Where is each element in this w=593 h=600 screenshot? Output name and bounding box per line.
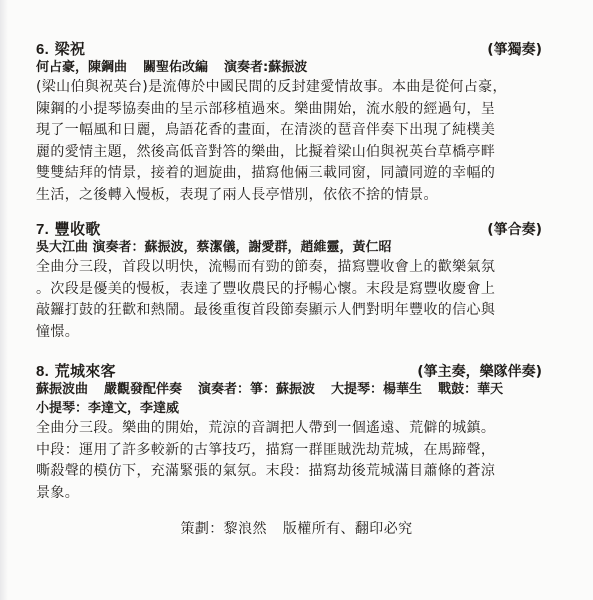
piece-7-section: 7. 豐收歌 (箏合奏) 吳大江曲 演奏者：蘇振波，蔡潔儀，謝愛群，趙維靈，黃仁… (36, 218, 546, 343)
piece-8-name: 荒城來客 (55, 362, 116, 380)
description-line: 雙雙結拜的情景，接着的迴旋曲，描寫他倆三載同窗，同讀同遊的幸幅的 (36, 163, 546, 185)
description-line: 嘶殺聲的模仿下，充滿緊張的氣氛。末段：描寫劫後荒城滿目蕭條的蒼涼 (36, 461, 546, 483)
piece-6-description: (梁山伯與祝英台)是流傳於中國民間的反封建愛情故事。本曲是從何占豪， 陳鋼的小提… (36, 77, 546, 206)
piece-6-number: 6. (36, 41, 49, 58)
piece-8-bass: 大提琴：楊華生 (331, 382, 422, 397)
piece-8-header: 8. 荒城來客 (箏主奏，樂隊伴奏) (36, 360, 546, 380)
description-line: 憧憬。 (36, 322, 546, 344)
description-line: (梁山伯與祝英台)是流傳於中國民間的反封建愛情故事。本曲是從何占豪， (36, 77, 546, 99)
piece-6-credits: 何占豪，陳鋼曲關聖佑改編演奏者:蘇振波 (36, 58, 546, 77)
piece-7-credits: 吳大江曲 演奏者：蘇振波，蔡潔儀，謝愛群，趙維靈，黃仁昭 (36, 238, 546, 257)
piece-8-credits: 蘇振波曲嚴觀發配伴奏演奏者：箏：蘇振波大提琴：楊華生戰鼓：華天 (36, 380, 546, 399)
page-edge-shadow (0, 0, 8, 600)
description-line: 景象。 (36, 483, 546, 505)
description-line: 麗的愛情主題，然後高低音對答的樂曲，比擬着梁山伯與祝英台草橋亭畔 (36, 142, 546, 164)
piece-6-performer: 演奏者:蘇振波 (224, 60, 307, 75)
piece-8-credits-line-2: 小提琴：李達文，李達威 (36, 399, 546, 418)
piece-7-description: 全曲分三段，首段以明快，流暢而有勁的節奏，描寫豐收會上的歡樂氣氛 。次段是優美的… (36, 257, 546, 343)
piece-8-number: 8. (36, 363, 49, 380)
piece-7-number: 7. (36, 221, 49, 238)
piece-6-arranger: 關聖佑改編 (143, 60, 208, 75)
piece-6-header: 6. 梁祝 (箏獨奏) (36, 38, 546, 58)
piece-7-composer: 吳大江曲 (36, 240, 88, 255)
description-line: 全曲分三段。樂曲的開始，荒涼的音調把人帶到一個遙遠、荒僻的城鎮。 (36, 418, 546, 440)
piece-7-performer: 演奏者：蘇振波，蔡潔儀，謝愛群，趙維靈，黃仁昭 (93, 240, 392, 255)
description-line: 現了一幅風和日麗，鳥語花香的畫面，在清淡的琶音伴奏下出現了純樸美 (36, 120, 546, 142)
planner-credit: 策劃：黎浪然 (180, 521, 266, 537)
piece-8-drum: 戰鼓：華天 (438, 382, 503, 397)
piece-7-name: 豐收歌 (55, 220, 101, 238)
piece-8-composer: 蘇振波曲 (36, 382, 88, 397)
description-line: 。次段是優美的慢板，表達了豐收農民的抒暢心懷。末段是寫豐收慶會上 (36, 279, 546, 301)
piece-8-performer: 演奏者：箏：蘇振波 (198, 382, 315, 397)
piece-6-name: 梁祝 (55, 40, 86, 58)
piece-6-title: 6. 梁祝 (36, 38, 85, 59)
piece-6-form: (箏獨奏) (487, 39, 542, 59)
piece-8-form: (箏主奏，樂隊伴奏) (417, 361, 542, 381)
piece-6-section: 6. 梁祝 (箏獨奏) 何占豪，陳鋼曲關聖佑改編演奏者:蘇振波 (梁山伯與祝英台… (36, 38, 546, 206)
description-line: 陳鋼的小提琴協奏曲的呈示部移植過來。樂曲開始，流水般的經過句，呈 (36, 99, 546, 121)
piece-7-header: 7. 豐收歌 (箏合奏) (36, 218, 546, 238)
piece-8-title: 8. 荒城來客 (36, 360, 116, 381)
piece-6-composer: 何占豪，陳鋼曲 (36, 60, 127, 75)
piece-8-description: 全曲分三段。樂曲的開始，荒涼的音調把人帶到一個遙遠、荒僻的城鎮。 中段：運用了許… (36, 418, 546, 504)
copyright-notice: 版權所有、翻印必究 (283, 521, 413, 537)
piece-8-section: 8. 荒城來客 (箏主奏，樂隊伴奏) 蘇振波曲嚴觀發配伴奏演奏者：箏：蘇振波大提… (36, 360, 546, 504)
description-line: 中段：運用了許多較新的古箏技巧，描寫一群匪賊洗劫荒城，在馬蹄聲， (36, 440, 546, 462)
piece-7-title: 7. 豐收歌 (36, 218, 101, 239)
description-line: 全曲分三段，首段以明快，流暢而有勁的節奏，描寫豐收會上的歡樂氣氛 (36, 257, 546, 279)
description-line: 生活，之後轉入慢板，表現了兩人長亭惜別，依依不捨的情景。 (36, 185, 546, 207)
piece-8-violin: 小提琴：李達文，李達威 (36, 401, 179, 416)
piece-8-arranger: 嚴觀發配伴奏 (104, 382, 182, 397)
piece-7-form: (箏合奏) (487, 219, 542, 239)
footer-credits: 策劃：黎浪然版權所有、翻印必究 (0, 518, 593, 538)
description-line: 敲鑼打鼓的狂歡和熱鬧。最後重復首段節奏顯示人們對明年豐收的信心與 (36, 300, 546, 322)
